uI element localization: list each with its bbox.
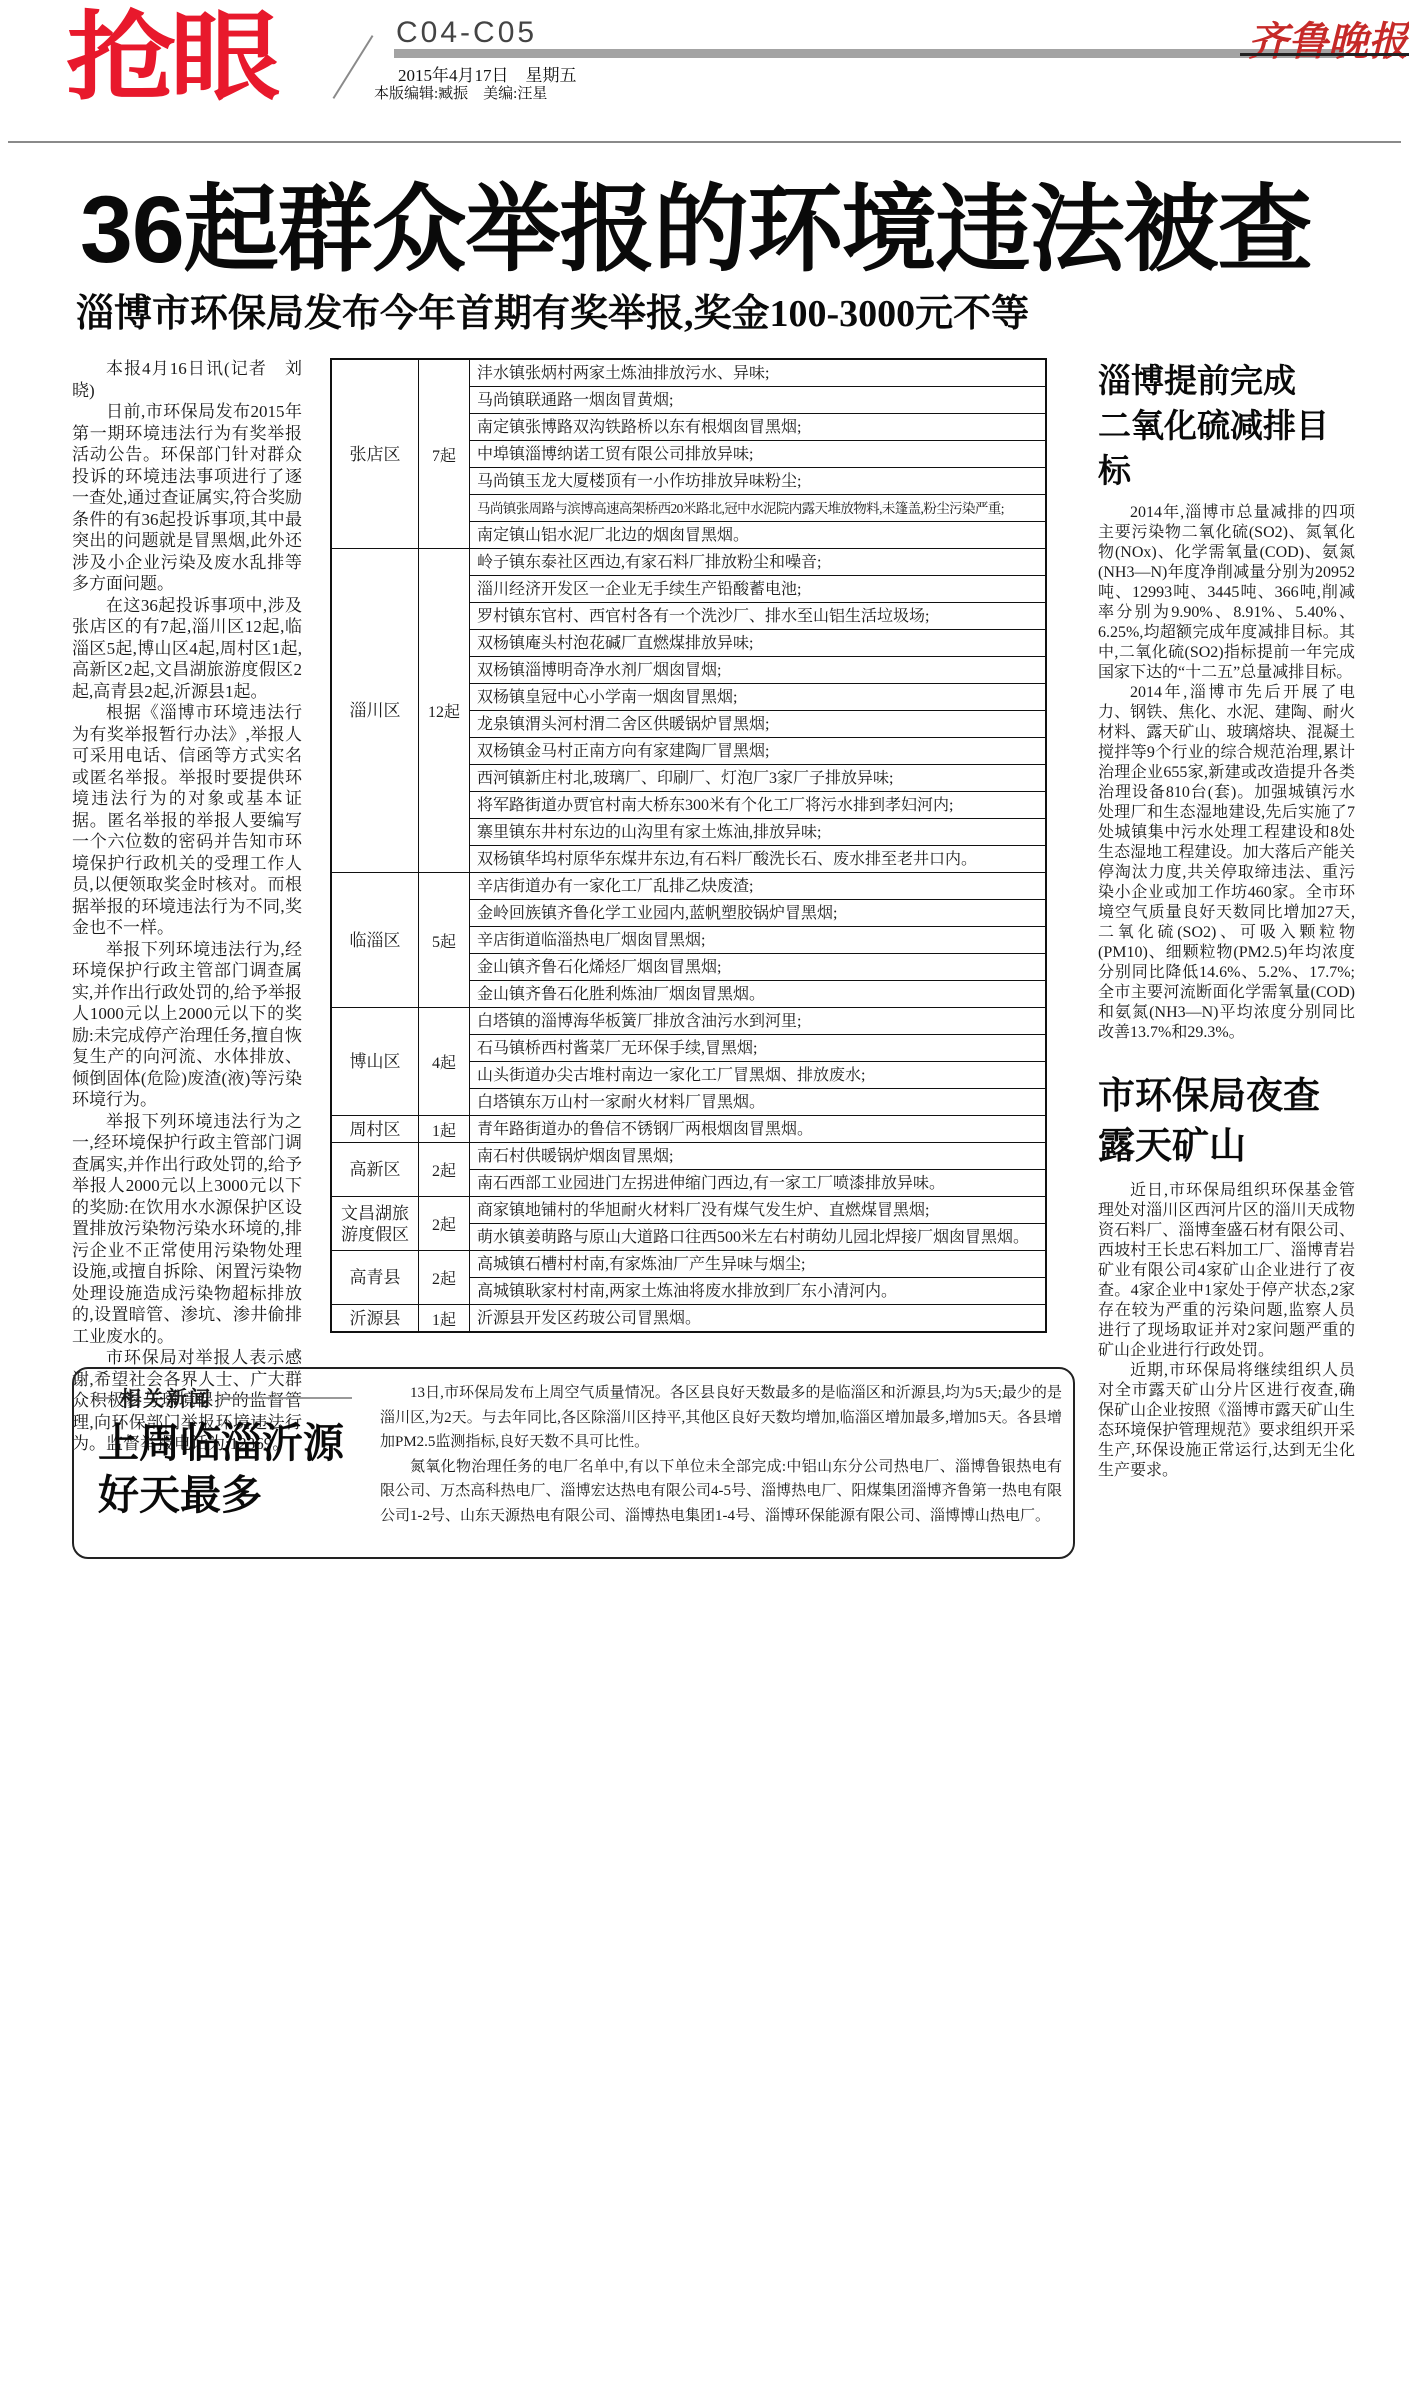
violation-row: 岭子镇东泰社区西边,有家石料厂排放粉尘和噪音;: [470, 549, 1045, 576]
violation-row: 寨里镇东井村东边的山沟里有家土炼油,排放异味;: [470, 819, 1045, 846]
sidebar-article1-title: 淄博提前完成 二氧化硫减排目标: [1098, 358, 1355, 493]
violation-row: 双杨镇庵头村泡花碱厂直燃煤排放异味;: [470, 630, 1045, 657]
sidebar-article2-title-line1: 市环保局夜查: [1098, 1075, 1320, 1116]
details-column: 高城镇石槽村村南,有家炼油厂产生异味与烟尘;高城镇耿家村村南,两家土炼油将废水排…: [470, 1251, 1045, 1304]
sidebar-paragraph: 2014年,淄博市先后开展了电力、钢铁、焦化、水泥、建陶、耐火材料、露天矿山、玻…: [1098, 683, 1355, 1043]
sidebar-paragraph: 近期,市环保局将继续组织人员对全市露天矿山分片区进行夜查,确保矿山企业按照《淄博…: [1098, 1361, 1355, 1481]
violation-row: 罗村镇东官村、西官村各有一个洗沙厂、排水至山铝生活垃圾场;: [470, 603, 1045, 630]
violation-row: 萌水镇姜萌路与原山大道路口往西500米左右村萌幼儿园北焊接厂烟囱冒黑烟。: [470, 1224, 1045, 1250]
violation-row: 淄川经济开发区一企业无手续生产铅酸蓄电池;: [470, 576, 1045, 603]
violation-row: 白塔镇的淄博海华板簧厂排放含油污水到河里;: [470, 1008, 1045, 1035]
sidebar-article2-title: 市环保局夜查 露天矿山: [1098, 1071, 1355, 1171]
count-cell: 4起: [419, 1008, 470, 1115]
violation-row: 白塔镇东万山村一家耐火材料厂冒黑烟。: [470, 1089, 1045, 1115]
violation-row: 中埠镇淄博纳诺工贸有限公司排放异味;: [470, 441, 1045, 468]
article-paragraph: 日前,市环保局发布2015年第一期环境违法行为有奖举报活动公告。环保部门针对群众…: [72, 401, 302, 595]
related-news-box: 相关新闻 上周临淄沂源 好天最多 13日,市环保局发布上周空气质量情况。各区县良…: [72, 1367, 1075, 1559]
details-column: 青年路街道办的鲁信不锈钢厂两根烟囱冒黑烟。: [470, 1116, 1045, 1142]
district-cell: 高新区: [332, 1143, 419, 1196]
violation-row: 石马镇桥西村酱菜厂无环保手续,冒黑烟;: [470, 1035, 1045, 1062]
count-cell: 1起: [419, 1116, 470, 1142]
violation-row: 龙泉镇渭头河村渭二舍区供暖锅炉冒黑烟;: [470, 711, 1045, 738]
page-number: C04-C05: [396, 16, 537, 50]
violation-row: 商家镇地铺村的华旭耐火材料厂没有煤气发生炉、直燃煤冒黑烟;: [470, 1197, 1045, 1224]
right-sidebar: 淄博提前完成 二氧化硫减排目标 2014年,淄博市总量减排的四项主要污染物二氧化…: [1098, 358, 1355, 1481]
related-news-headline: 上周临淄沂源 好天最多: [98, 1417, 344, 1521]
violation-row: 山头街道办尖古堆村南边一家化工厂冒黑烟、排放废水;: [470, 1062, 1045, 1089]
table-group: 高青县2起高城镇石槽村村南,有家炼油厂产生异味与烟尘;高城镇耿家村村南,两家土炼…: [332, 1251, 1045, 1305]
violation-row: 高城镇石槽村村南,有家炼油厂产生异味与烟尘;: [470, 1251, 1045, 1278]
editor-credits: 本版编辑:臧振 美编:汪星: [374, 82, 547, 103]
left-article: 本报4月16日讯(记者 刘晓)日前,市环保局发布2015年第一期环境违法行为有奖…: [72, 358, 302, 1455]
violation-row: 将军路街道办贾官村南大桥东300米有个化工厂将污水排到孝妇河内;: [470, 792, 1045, 819]
table-group: 高新区2起南石村供暖锅炉烟囱冒黑烟;南石西部工业园进门左拐进伸缩门西边,有一家工…: [332, 1143, 1045, 1197]
district-cell: 淄川区: [332, 549, 419, 872]
article-paragraph: 在这36起投诉事项中,涉及张店区的有7起,淄川区12起,临淄区5起,博山区4起,…: [72, 595, 302, 703]
sidebar-article1-body: 2014年,淄博市总量减排的四项主要污染物二氧化硫(SO2)、氮氧化物(NOx)…: [1098, 503, 1355, 1043]
violations-table: 张店区7起沣水镇张炳村两家土炼油排放污水、异味;马尚镇联通路一烟囱冒黄烟;南定镇…: [330, 358, 1047, 1333]
related-news-paragraph: 13日,市环保局发布上周空气质量情况。各区县良好天数最多的是临淄区和沂源县,均为…: [380, 1381, 1062, 1455]
violation-row: 南石村供暖锅炉烟囱冒黑烟;: [470, 1143, 1045, 1170]
section-logo: 抢眼: [66, 14, 274, 102]
violation-row: 南定镇张博路双沟铁路桥以东有根烟囱冒黑烟;: [470, 414, 1045, 441]
kicker-rule-left: [96, 1397, 112, 1399]
violation-row: 双杨镇华坞村原华东煤井东边,有石料厂酸洗长石、废水排至老井口内。: [470, 846, 1045, 872]
header-bottom-rule: [8, 141, 1401, 143]
violation-row: 沂源县开发区药玻公司冒黑烟。: [470, 1305, 1045, 1331]
violation-row: 南石西部工业园进门左拐进伸缩门西边,有一家工厂喷漆排放异味。: [470, 1170, 1045, 1196]
details-column: 南石村供暖锅炉烟囱冒黑烟;南石西部工业园进门左拐进伸缩门西边,有一家工厂喷漆排放…: [470, 1143, 1045, 1196]
newspaper-page: 抢眼 C04-C05 2015年4月17日 星期五 本版编辑:臧振 美编:汪星 …: [0, 0, 1409, 2383]
related-news-body: 13日,市环保局发布上周空气质量情况。各区县良好天数最多的是临淄区和沂源县,均为…: [380, 1381, 1062, 1528]
violation-row: 马尚镇联通路一烟囱冒黄烟;: [470, 387, 1045, 414]
related-news-headline-line2: 好天最多: [98, 1472, 262, 1518]
related-news-paragraph: 氮氧化物治理任务的电厂名单中,有以下单位未全部完成:中铝山东分公司热电厂、淄博鲁…: [380, 1455, 1062, 1529]
violation-row: 双杨镇金马村正南方向有家建陶厂冒黑烟;: [470, 738, 1045, 765]
newspaper-masthead: 齐鲁晚报: [1248, 10, 1408, 67]
table-group: 文昌湖旅游度假区2起商家镇地铺村的华旭耐火材料厂没有煤气发生炉、直燃煤冒黑烟;萌…: [332, 1197, 1045, 1251]
details-column: 白塔镇的淄博海华板簧厂排放含油污水到河里;石马镇桥西村酱菜厂无环保手续,冒黑烟;…: [470, 1008, 1045, 1115]
sidebar-article2-title-line2: 露天矿山: [1098, 1125, 1246, 1166]
count-cell: 5起: [419, 873, 470, 1007]
violation-row: 马尚镇玉龙大厦楼顶有一小作坊排放异味粉尘;: [470, 468, 1045, 495]
district-cell: 周村区: [332, 1116, 419, 1142]
violation-row: 金山镇齐鲁石化胜利炼油厂烟囱冒黑烟。: [470, 981, 1045, 1007]
count-cell: 2起: [419, 1251, 470, 1304]
details-column: 沣水镇张炳村两家土炼油排放污水、异味;马尚镇联通路一烟囱冒黄烟;南定镇张博路双沟…: [470, 360, 1045, 548]
table-group: 博山区4起白塔镇的淄博海华板簧厂排放含油污水到河里;石马镇桥西村酱菜厂无环保手续…: [332, 1008, 1045, 1116]
violation-row: 高城镇耿家村村南,两家土炼油将废水排放到厂东小清河内。: [470, 1278, 1045, 1304]
count-cell: 7起: [419, 360, 470, 548]
sidebar-article2-body: 近日,市环保局组织环保基金管理处对淄川区西河片区的淄川天成物资石料厂、淄博奎盛石…: [1098, 1181, 1355, 1481]
article-paragraph: 根据《淄博市环境违法行为有奖举报暂行办法》,举报人可采用电话、信函等方式实名或匿…: [72, 702, 302, 939]
violation-row: 西河镇新庄村北,玻璃厂、印刷厂、灯泡厂3家厂子排放异味;: [470, 765, 1045, 792]
violation-row: 南定镇山铝水泥厂北边的烟囱冒黑烟。: [470, 522, 1045, 548]
sidebar-article1-title-line1: 淄博提前完成: [1098, 362, 1296, 399]
masthead-rule: [1240, 53, 1409, 56]
district-cell: 文昌湖旅游度假区: [332, 1197, 419, 1250]
header-gray-bar: [394, 49, 1344, 58]
main-headline: 36起群众举报的环境违法被查: [80, 176, 1380, 284]
violation-row: 双杨镇淄博明奇净水剂厂烟囱冒烟;: [470, 657, 1045, 684]
sub-headline: 淄博市环保局发布今年首期有奖举报,奖金100-3000元不等: [76, 292, 1276, 336]
violation-row: 金岭回族镇齐鲁化学工业园内,蓝帆塑胶锅炉冒黑烟;: [470, 900, 1045, 927]
violation-row: 辛店街道办有一家化工厂乱排乙炔废渣;: [470, 873, 1045, 900]
header-slash-divider: [333, 35, 374, 99]
sidebar-article1-title-line2: 二氧化硫减排目标: [1098, 407, 1329, 489]
violation-row: 金山镇齐鲁石化烯烃厂烟囱冒黑烟;: [470, 954, 1045, 981]
related-news-headline-line1: 上周临淄沂源: [98, 1420, 344, 1466]
district-cell: 沂源县: [332, 1305, 419, 1331]
violation-row: 辛店街道临淄热电厂烟囱冒黑烟;: [470, 927, 1045, 954]
sidebar-paragraph: 近日,市环保局组织环保基金管理处对淄川区西河片区的淄川天成物资石料厂、淄博奎盛石…: [1098, 1181, 1355, 1361]
details-column: 岭子镇东泰社区西边,有家石料厂排放粉尘和噪音;淄川经济开发区一企业无手续生产铅酸…: [470, 549, 1045, 872]
count-cell: 12起: [419, 549, 470, 872]
district-cell: 张店区: [332, 360, 419, 548]
table-group: 淄川区12起岭子镇东泰社区西边,有家石料厂排放粉尘和噪音;淄川经济开发区一企业无…: [332, 549, 1045, 873]
count-cell: 2起: [419, 1197, 470, 1250]
violation-row: 双杨镇皇冠中心小学南一烟囱冒黑烟;: [470, 684, 1045, 711]
violation-row: 沣水镇张炳村两家土炼油排放污水、异味;: [470, 360, 1045, 387]
count-cell: 2起: [419, 1143, 470, 1196]
table-group: 临淄区5起辛店街道办有一家化工厂乱排乙炔废渣;金岭回族镇齐鲁化学工业园内,蓝帆塑…: [332, 873, 1045, 1008]
count-cell: 1起: [419, 1305, 470, 1331]
table-group: 周村区1起青年路街道办的鲁信不锈钢厂两根烟囱冒黑烟。: [332, 1116, 1045, 1143]
details-column: 商家镇地铺村的华旭耐火材料厂没有煤气发生炉、直燃煤冒黑烟;萌水镇姜萌路与原山大道…: [470, 1197, 1045, 1250]
district-cell: 临淄区: [332, 873, 419, 1007]
violation-row: 马尚镇张周路与滨博高速高架桥西20米路北,冠中水泥院内露天堆放物料,未篷盖,粉尘…: [470, 495, 1045, 522]
kicker-rule-right: [220, 1397, 352, 1399]
details-column: 辛店街道办有一家化工厂乱排乙炔废渣;金岭回族镇齐鲁化学工业园内,蓝帆塑胶锅炉冒黑…: [470, 873, 1045, 1007]
table-group: 张店区7起沣水镇张炳村两家土炼油排放污水、异味;马尚镇联通路一烟囱冒黄烟;南定镇…: [332, 360, 1045, 549]
district-cell: 高青县: [332, 1251, 419, 1304]
violation-row: 青年路街道办的鲁信不锈钢厂两根烟囱冒黑烟。: [470, 1116, 1045, 1142]
sidebar-paragraph: 2014年,淄博市总量减排的四项主要污染物二氧化硫(SO2)、氮氧化物(NOx)…: [1098, 503, 1355, 683]
related-news-kicker: 相关新闻: [96, 1383, 352, 1413]
table-group: 沂源县1起沂源县开发区药玻公司冒黑烟。: [332, 1305, 1045, 1331]
article-paragraph: 举报下列环境违法行为之一,经环境保护行政主管部门调查属实,并作出行政处罚的,给予…: [72, 1111, 302, 1348]
district-cell: 博山区: [332, 1008, 419, 1115]
details-column: 沂源县开发区药玻公司冒黑烟。: [470, 1305, 1045, 1331]
article-paragraph: 举报下列环境违法行为,经环境保护行政主管部门调查属实,并作出行政处罚的,给予举报…: [72, 939, 302, 1111]
kicker-label: 相关新闻: [120, 1383, 212, 1413]
article-paragraph: 本报4月16日讯(记者 刘晓): [72, 358, 302, 401]
